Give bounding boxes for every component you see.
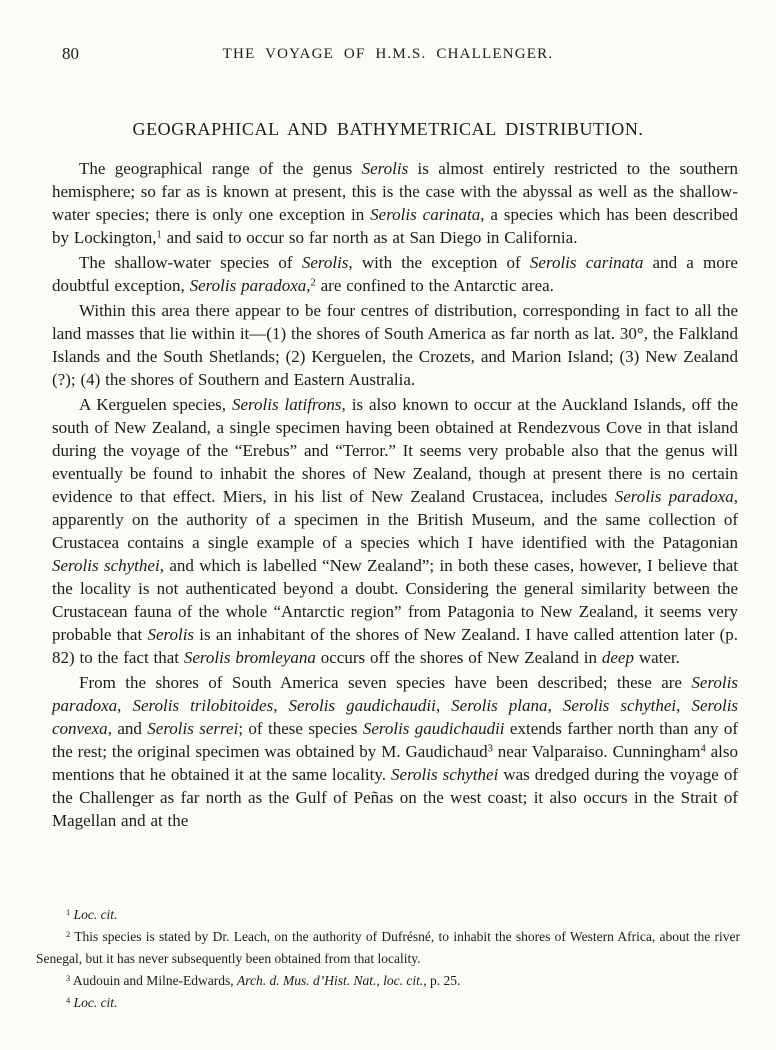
text-run: Within this area there appear to be four… [52, 301, 738, 389]
section-heading: GEOGRAPHICAL AND BATHYMETRICAL DISTRIBUT… [0, 119, 776, 140]
italic-run: Serolis paradoxa [615, 487, 734, 506]
italic-run: Serolis [147, 625, 194, 644]
text-run: near Valparaiso. Cunningham [493, 742, 701, 761]
body-paragraph: The shallow-water species of Serolis, wi… [52, 251, 738, 297]
italic-run: Serolis carinata [370, 205, 480, 224]
italic-run: Arch. d. Mus. d’Hist. Nat., loc. cit. [237, 973, 423, 988]
text-run: , [436, 696, 451, 715]
body-paragraph: A Kerguelen species, Serolis latifrons, … [52, 393, 738, 669]
italic-run: Serolis gaudichaudii [363, 719, 505, 738]
body-paragraph: Within this area there appear to be four… [52, 299, 738, 391]
italic-run: Serolis plana [451, 696, 547, 715]
running-header: THE VOYAGE OF H.M.S. CHALLENGER. [0, 46, 776, 63]
italic-run: Loc. cit. [74, 995, 118, 1010]
text-run: The shallow-water species of [79, 253, 302, 272]
italic-run: deep [602, 648, 634, 667]
footnotes: 1 Loc. cit. 2 This species is stated by … [36, 904, 740, 1014]
italic-run: Serolis gaudichaudii [289, 696, 436, 715]
italic-run: Serolis schythei [52, 556, 160, 575]
text-run: water. [634, 648, 680, 667]
body-paragraph: The geographical range of the genus Sero… [52, 157, 738, 249]
italic-run: Serolis carinata [530, 253, 643, 272]
italic-run: Loc. cit. [74, 907, 118, 922]
text-run: , [117, 696, 132, 715]
body-paragraph: From the shores of South America seven s… [52, 671, 738, 832]
text-run: occurs off the shores of New Zealand in [316, 648, 602, 667]
text-run: are confined to the Antarctic area. [316, 276, 554, 295]
italic-run: Serolis schythei [391, 765, 498, 784]
italic-run: Serolis paradoxa [190, 276, 307, 295]
text-run: This species is stated by Dr. Leach, on … [36, 929, 740, 966]
text-run: A Kerguelen species, [79, 395, 232, 414]
text-run: The geographical range of the genus [79, 159, 362, 178]
italic-run: Serolis [302, 253, 349, 272]
text-run: Audouin and Milne-Edwards, [70, 973, 237, 988]
text-run: , and [108, 719, 148, 738]
text-run: , [273, 696, 288, 715]
italic-run: Serolis latifrons [232, 395, 342, 414]
italic-run: Serolis schythei [563, 696, 676, 715]
text-run: From the shores of South America seven s… [79, 673, 691, 692]
footnote: 4 Loc. cit. [36, 992, 740, 1014]
text-run: , [548, 696, 563, 715]
footnote: 3 Audouin and Milne-Edwards, Arch. d. Mu… [36, 970, 740, 992]
italic-run: Serolis bromleyana [184, 648, 316, 667]
book-page: 80 THE VOYAGE OF H.M.S. CHALLENGER. GEOG… [0, 0, 776, 1050]
italic-run: Serolis serrei [147, 719, 238, 738]
body-text: The geographical range of the genus Sero… [52, 157, 738, 834]
text-run: ; of these species [238, 719, 363, 738]
text-run: , p. 25. [423, 973, 460, 988]
footnote: 1 Loc. cit. [36, 904, 740, 926]
italic-run: Serolis trilobitoides [132, 696, 273, 715]
text-run: and said to occur so far north as at San… [162, 228, 578, 247]
text-run: , with the exception of [348, 253, 530, 272]
text-run: , [676, 696, 691, 715]
footnote: 2 This species is stated by Dr. Leach, o… [36, 926, 740, 970]
italic-run: Serolis [362, 159, 409, 178]
